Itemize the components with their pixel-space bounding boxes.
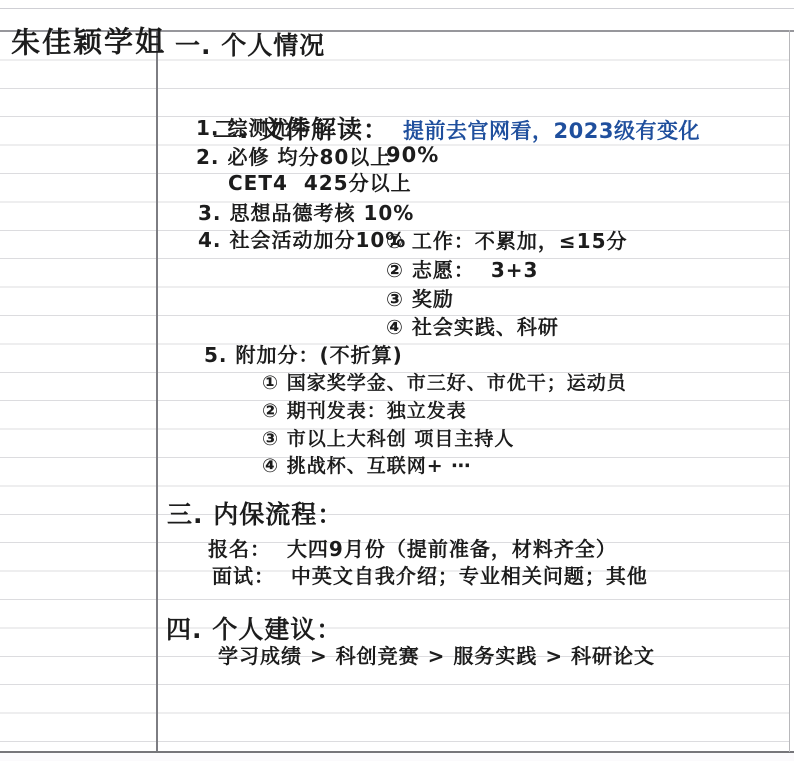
notebook-page: 朱佳颖学姐 一. 个人情况 二. 文件解读：提前去官网看，2023级有变化 1.…: [0, 0, 794, 761]
item-4-subitem-3: ③ 奖励: [386, 288, 454, 310]
section-4-line-priority: 学习成绩 > 科创竞赛 > 服务实践 > 科研论文: [218, 645, 655, 667]
item-5-subitem-1: ① 国家奖学金、市三好、市优干；运动员: [262, 373, 627, 394]
author-name: 朱佳颖学姐: [11, 26, 166, 60]
note-line-item-2: 2. 必修 均分80以上: [196, 146, 391, 168]
page-right-border: [789, 30, 790, 752]
section-4-heading: 四. 个人建议：: [166, 616, 342, 644]
top-ruled-line: [0, 8, 794, 9]
area-below-page: [0, 753, 794, 761]
item-5-subitem-2: ② 期刊发表：独立发表: [262, 401, 467, 422]
note-line-item-1: 1. 综测优秀: [196, 117, 311, 139]
section-3-line-interview: 面试： 中英文自我介绍；专业相关问题；其他: [212, 565, 648, 587]
section-3-heading: 三. 内保流程：: [167, 501, 343, 529]
item-5-subitem-4: ④ 挑战杯、互联网+ ⋯: [262, 456, 471, 477]
section-1-heading: 一. 个人情况: [175, 32, 325, 60]
section-3-line-signup: 报名： 大四9月份（提前准备，材料齐全）: [208, 538, 617, 560]
section-2-blue-annotation: 提前去官网看，2023级有变化: [403, 119, 700, 143]
item-4-subitem-1: ① 工作：不累加，≤15分: [386, 230, 628, 252]
note-line-item-2-cet4: CET4 425分以上: [228, 172, 412, 194]
item-4-subitem-4: ④ 社会实践、科研: [386, 316, 559, 338]
note-item-2-value: 90%: [386, 144, 439, 167]
item-4-subitem-2: ② 志愿： 3+3: [386, 259, 538, 281]
note-line-item-3: 3. 思想品德考核 10%: [198, 202, 414, 224]
note-line-item-4: 4. 社会活动加分10%: [198, 229, 406, 251]
item-5-subitem-3: ③ 市以上大科创 项目主持人: [262, 429, 514, 450]
margin-rule-line: [156, 30, 158, 752]
note-line-item-5: 5. 附加分：(不折算): [204, 344, 403, 366]
